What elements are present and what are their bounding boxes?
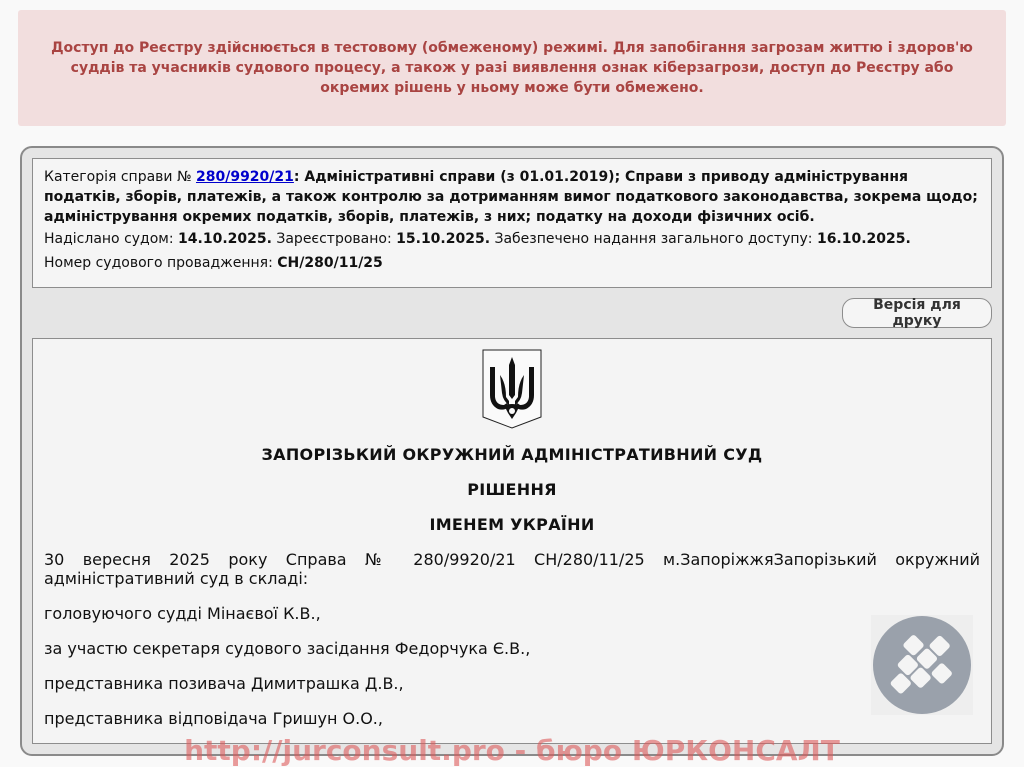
access-notice-text: Доступ до Реєстру здійснюється в тестово… [34, 38, 990, 98]
secretary-paragraph: за участю секретаря судового засідання Ф… [44, 639, 980, 658]
decision-intro-paragraph: 30 вересня 2025 року Справа № 280/9920/2… [44, 550, 980, 588]
plaintiff-representative-paragraph: представника позивача Димитрашка Д.В., [44, 674, 980, 693]
ukraine-coat-of-arms-icon [482, 349, 542, 429]
defendant-representative-paragraph: представника відповідача Гришун О.О., [44, 709, 980, 728]
case-category: Категорія справи № 280/9920/21: Адмініст… [44, 167, 980, 227]
case-number-link[interactable]: 280/9920/21 [196, 169, 294, 185]
watermark-text: http://jurconsult.pro - бюро ЮРКОНСАЛТ [0, 735, 1024, 767]
access-notice-banner: Доступ до Реєстру здійснюється в тестово… [18, 10, 1006, 126]
category-label: Категорія справи № [44, 169, 196, 185]
case-info-box: Категорія справи № 280/9920/21: Адмініст… [32, 158, 992, 288]
sent-label: Надіслано судом: [44, 231, 178, 247]
puzzle-logo-badge[interactable] [871, 615, 973, 715]
public-access-date: 16.10.2025. [817, 231, 911, 247]
proceeding-number-row: Номер судового провадження: СН/280/11/25 [44, 253, 980, 273]
sent-date: 14.10.2025. [178, 231, 272, 247]
registered-date: 15.10.2025. [396, 231, 490, 247]
proceeding-label: Номер судового провадження: [44, 255, 277, 271]
print-version-button[interactable]: Версія для друку [842, 298, 992, 328]
court-name: ЗАПОРІЗЬКИЙ ОКРУЖНИЙ АДМІНІСТРАТИВНИЙ СУ… [33, 445, 991, 464]
puzzle-logo-icon [871, 615, 973, 715]
in-the-name-heading: ІМЕНЕМ УКРАЇНИ [33, 515, 991, 534]
registered-label: Зареєстровано: [272, 231, 396, 247]
decision-title: РІШЕННЯ [33, 480, 991, 499]
proceeding-number: СН/280/11/25 [277, 255, 383, 271]
decision-document: ЗАПОРІЗЬКИЙ ОКРУЖНИЙ АДМІНІСТРАТИВНИЙ СУ… [32, 338, 992, 744]
public-access-label: Забезпечено надання загального доступу: [490, 231, 817, 247]
presiding-judge-paragraph: головуючого судді Мінаєвої К.В., [44, 604, 980, 623]
case-dates: Надіслано судом: 14.10.2025. Зареєстрова… [44, 229, 980, 249]
